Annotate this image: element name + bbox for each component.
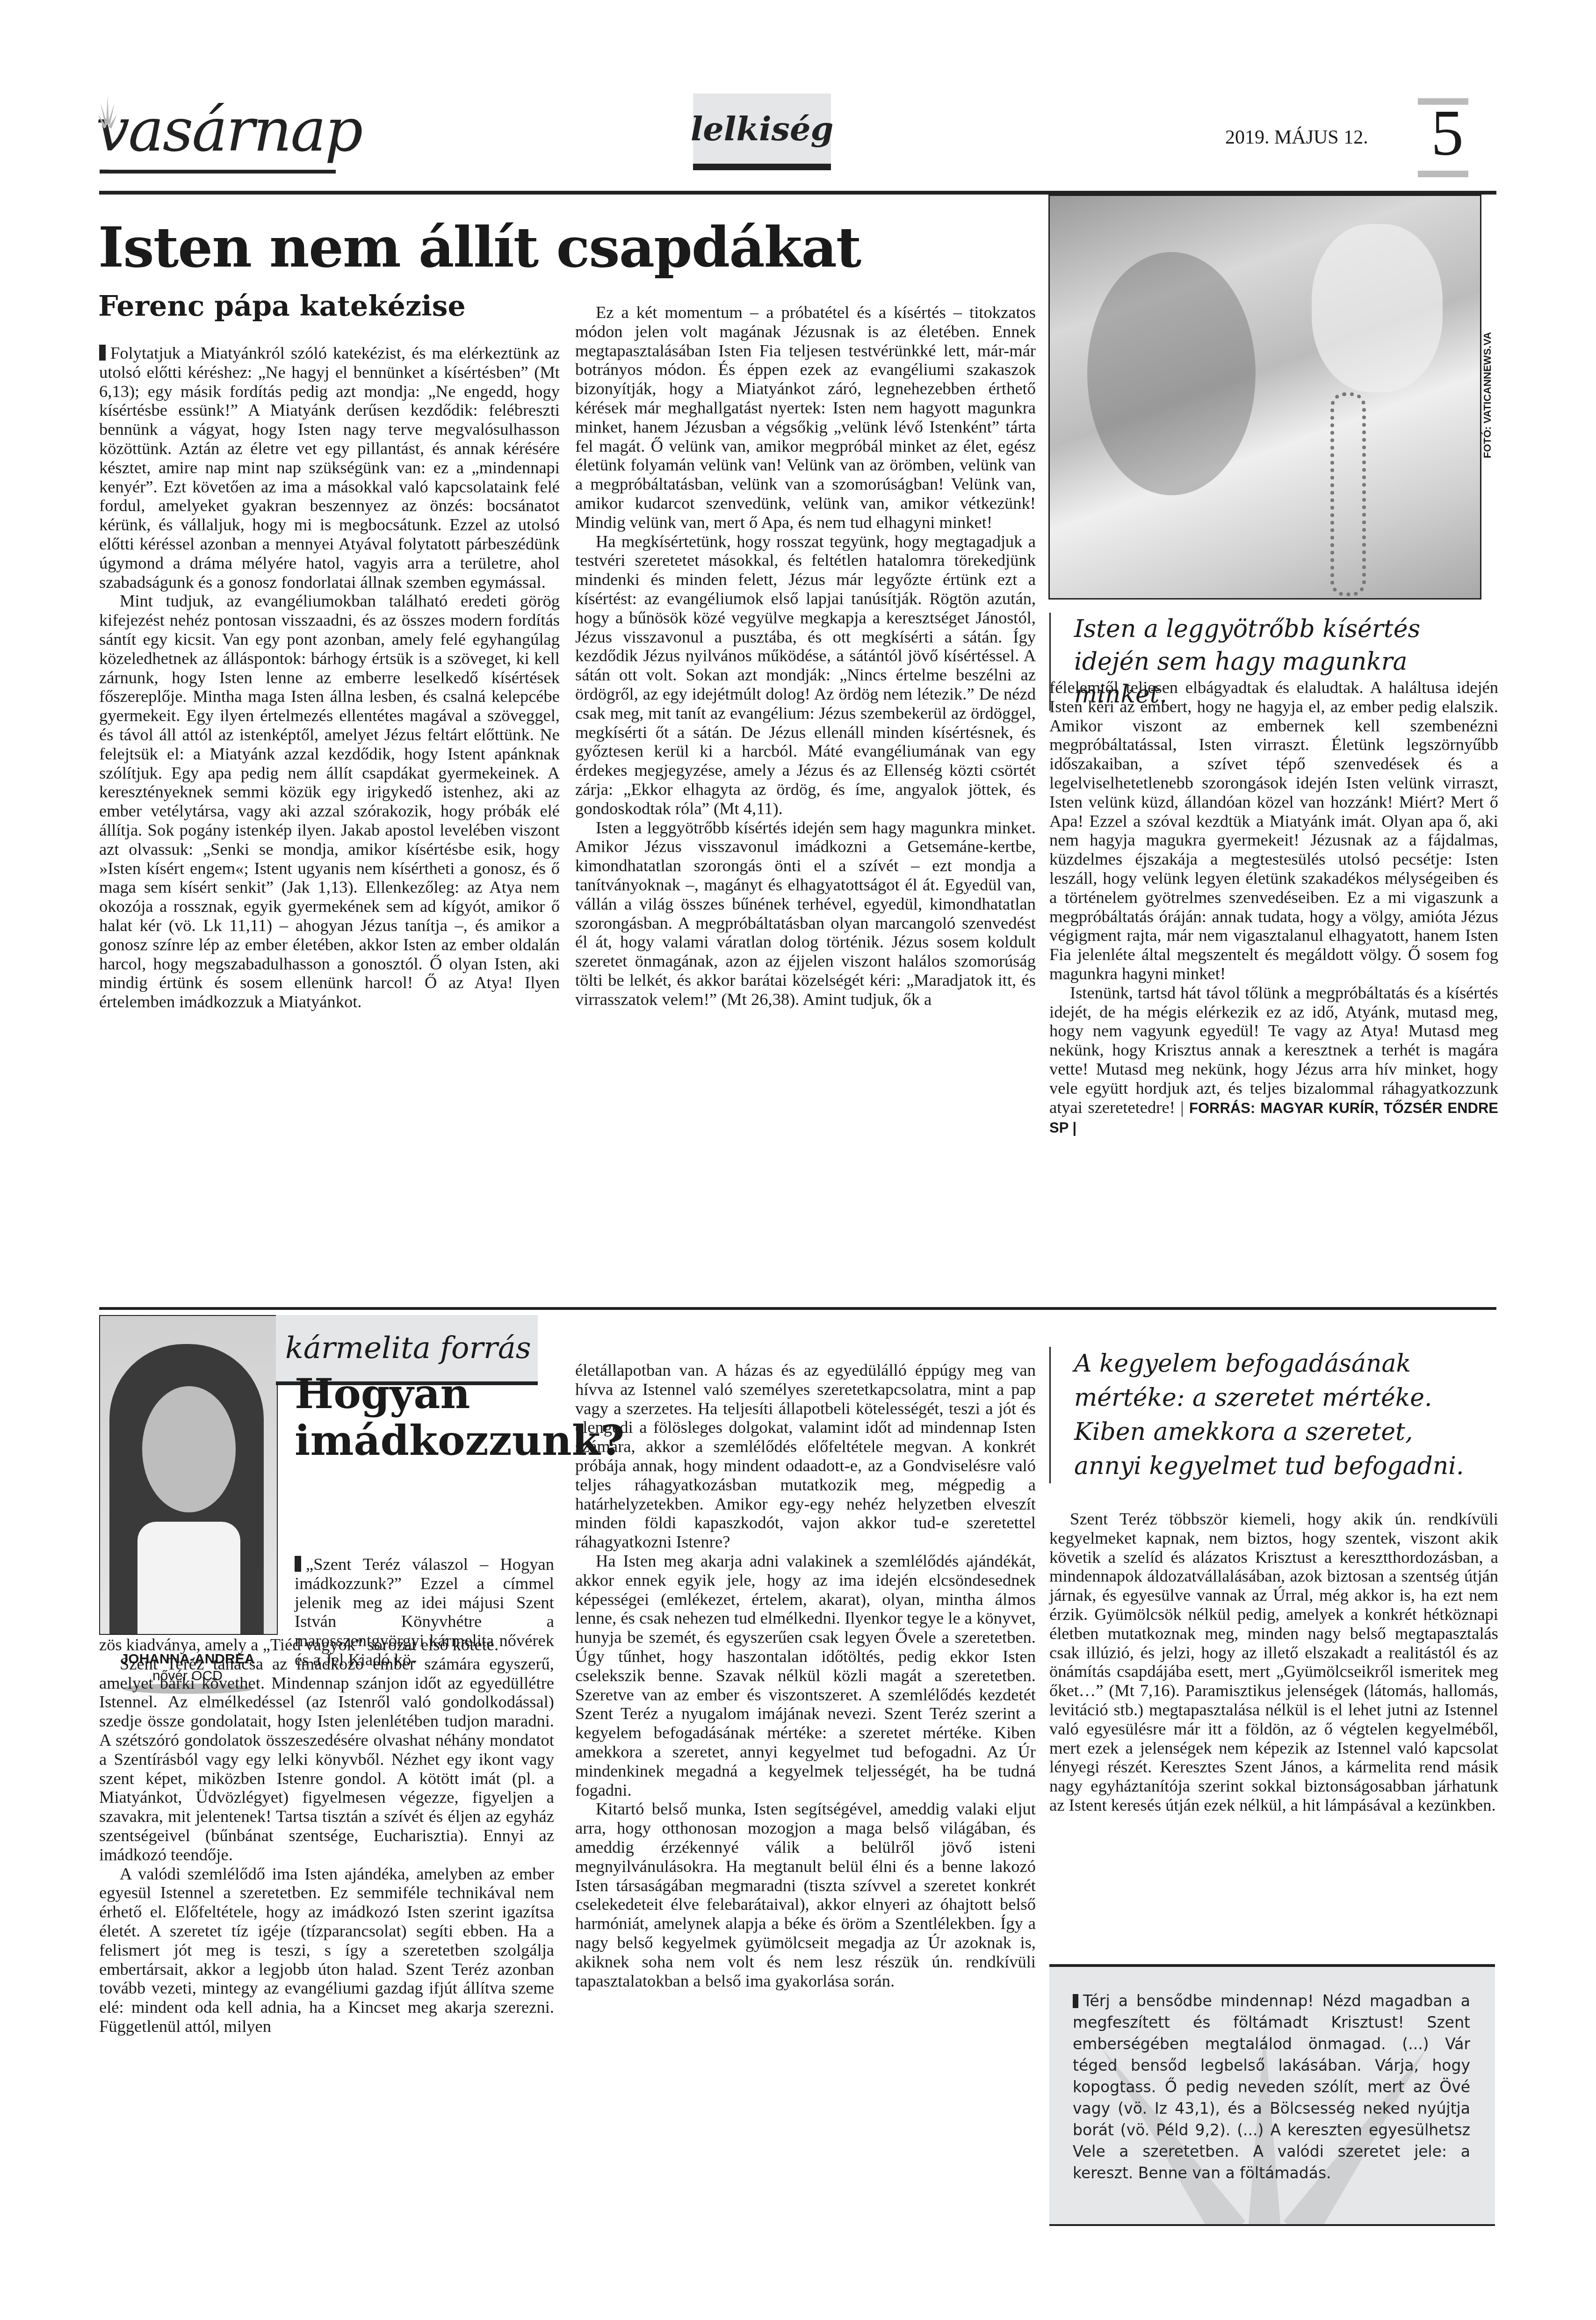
quote-box: Térj a bensődbe mindennap! Nézd magadban…: [1049, 1964, 1495, 2226]
rosary-beads: [1330, 392, 1366, 596]
paragraph: Isten a leggyötrőbb kísértés idején sem …: [575, 818, 1036, 1009]
author-portrait: [99, 1315, 278, 1635]
article-subheadline: Ferenc pápa katekézise: [98, 290, 466, 323]
logo-text: vasárnap: [96, 95, 362, 165]
quote-box-text: Térj a bensődbe mindennap! Nézd magadban…: [1073, 1990, 1470, 2184]
article1-column-1: Folytatjuk a Miatyánkról szóló katekézis…: [99, 344, 560, 1012]
paragraph: Istenünk, tartsd hát távol tőlünk a megp…: [1049, 983, 1498, 1138]
photo-credit: FOTÓ: VATICANNEWS.VA: [1481, 332, 1494, 458]
paragraph: Ha megkísértetünk, hogy rosszat tegyünk,…: [575, 532, 1036, 818]
issue-date: 2019. MÁJUS 12.: [1225, 126, 1368, 149]
paragraph: Mint tudjuk, az evangéliumokban találhat…: [99, 592, 560, 1012]
page-number: 5: [1431, 101, 1464, 166]
logo-underline: [100, 170, 336, 173]
paragraph: A valódi szemlélődő ima Isten ajándéka, …: [99, 1865, 554, 2036]
article-headline: Isten nem állít csapdákat: [98, 220, 860, 275]
paragraph: félelemtől teljesen elbágyadtak és elalu…: [1049, 678, 1498, 983]
paragraph: életállapotban van. A házas és az egyedü…: [575, 1361, 1036, 1552]
column-name: kármelita forrás: [285, 1331, 531, 1366]
paragraph: zös kiadványa, amely a „Tiéd vagyok” sor…: [99, 1635, 554, 1655]
paragraph: Ha Isten meg akarja adni valakinek a sze…: [575, 1552, 1036, 1800]
paragraph-marker-icon: [99, 345, 106, 361]
pull-quote-2: A kegyelem befogadásának mértéke: a szer…: [1049, 1347, 1481, 1483]
article2-column-1: zös kiadványa, amely a „Tiéd vagyok” sor…: [99, 1635, 554, 2036]
sun-rays-icon: [98, 96, 117, 133]
page-number-bottom-bar: [1418, 171, 1468, 177]
article2-column-2: életállapotban van. A házas és az egyedü…: [575, 1361, 1036, 1990]
paragraph: Szent Teréz tanácsa az imádkozó ember sz…: [99, 1655, 554, 1865]
paragraph: Folytatjuk a Miatyánkról szóló katekézis…: [99, 344, 560, 592]
article1-column-2: Ez a két momentum – a próbatétel és a kí…: [575, 303, 1036, 1009]
photo-figure: [1087, 252, 1256, 495]
section-tab: lelkiség: [693, 94, 831, 170]
masthead-rule: [99, 191, 1496, 195]
paragraph: Kitartó belső munka, Isten segítségével,…: [575, 1800, 1036, 1990]
masthead-logo: vasárnap: [96, 101, 348, 171]
section-label: lelkiség: [691, 109, 834, 148]
paragraph-marker-icon: [1073, 1994, 1078, 2008]
section-divider: [99, 1307, 1496, 1310]
paragraph-marker-icon: [295, 1556, 301, 1572]
article1-column-3: félelemtől teljesen elbágyadtak és elalu…: [1049, 678, 1498, 1138]
pope-photo: [1048, 195, 1481, 600]
portrait-face: [142, 1386, 236, 1512]
paragraph: Szent Teréz többször kiemeli, hogy akik …: [1049, 1510, 1498, 1815]
photo-pope-figure: [1312, 224, 1443, 392]
article2-column-3: Szent Teréz többször kiemeli, hogy akik …: [1049, 1510, 1498, 1815]
paragraph: Ez a két momentum – a próbatétel és a kí…: [575, 303, 1036, 532]
portrait-collar: [137, 1522, 240, 1635]
